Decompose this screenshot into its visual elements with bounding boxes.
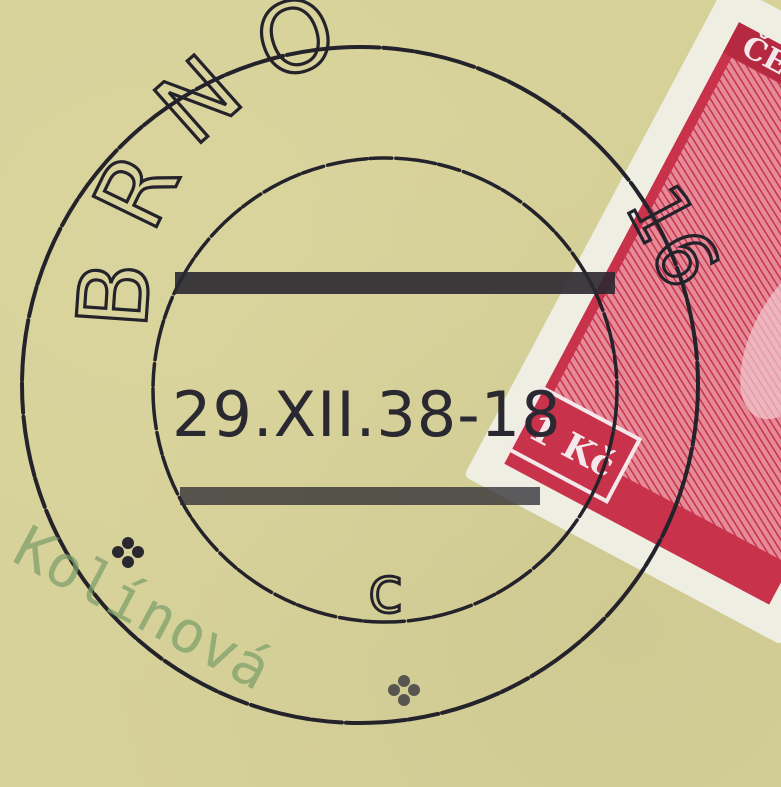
ornament-right-icon: [388, 675, 420, 706]
postmark-series-letter: c: [368, 554, 403, 628]
postmark-scene: ČE 1 Kč BRNO 16 29.XII.38-18 c Kolínová: [0, 0, 781, 787]
postmark-top-bar: [175, 272, 615, 294]
envelope-photo: ČE 1 Kč BRNO 16 29.XII.38-18 c Kolínová: [0, 0, 781, 787]
postmark-bottom-bar: [180, 487, 540, 505]
postage-stamp: ČE 1 Kč: [464, 0, 781, 645]
postmark-date: 29.XII.38-18: [172, 378, 562, 451]
green-name-cachet: Kolínová: [3, 512, 282, 703]
